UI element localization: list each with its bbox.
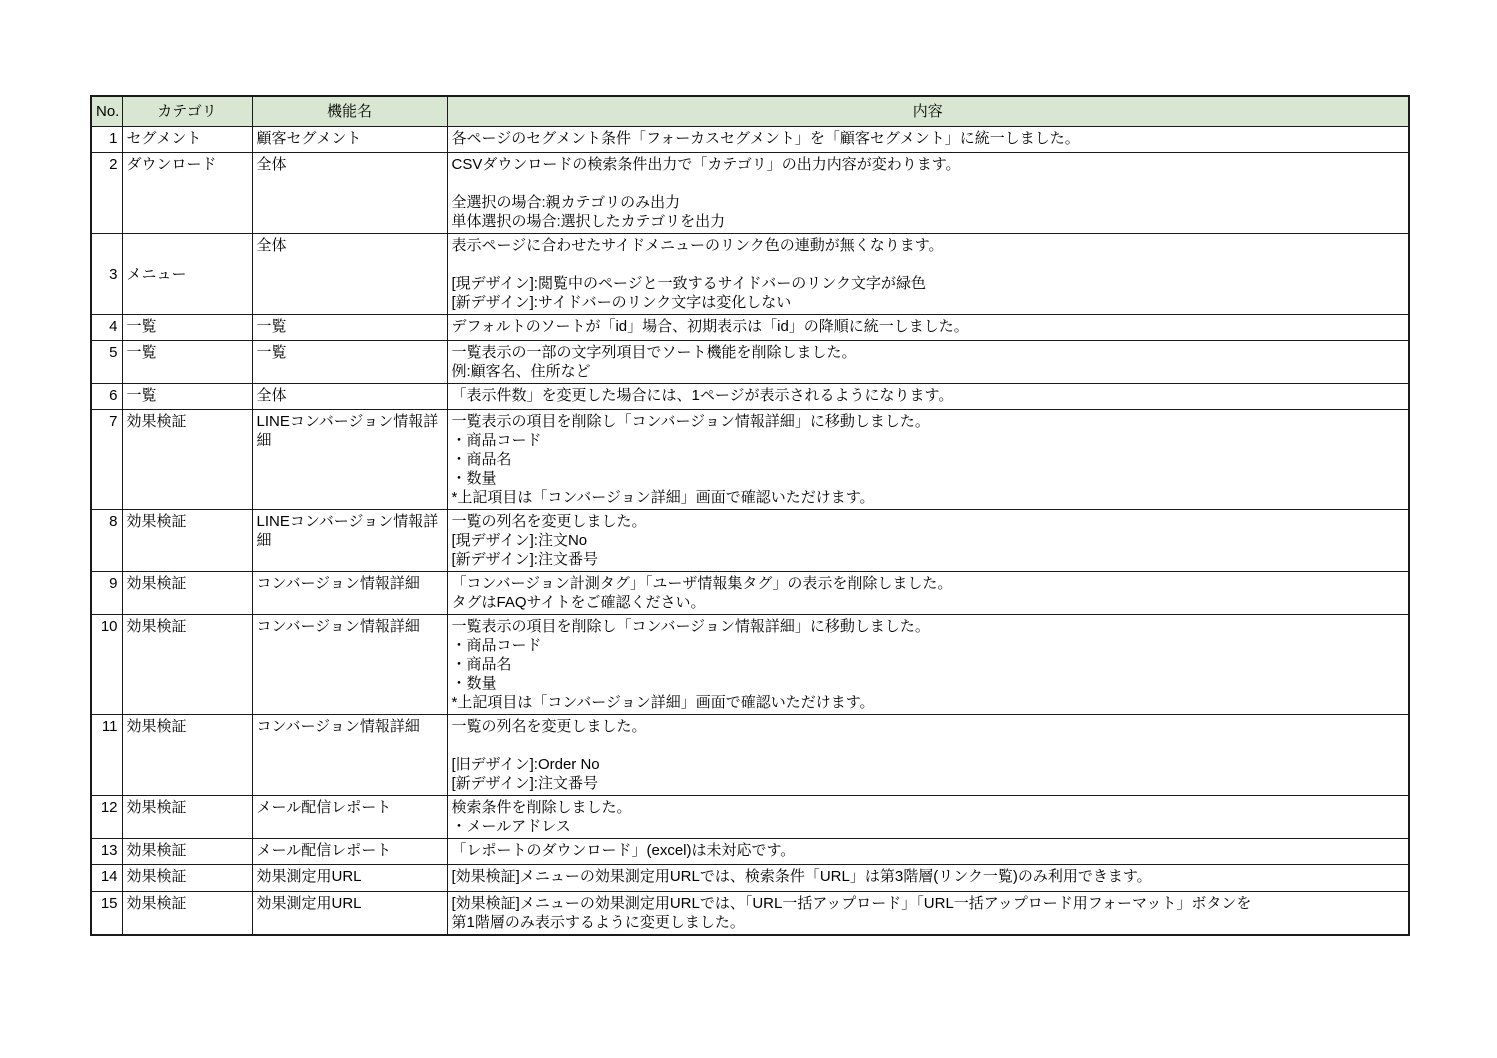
cell-category: 効果検証 <box>122 892 252 936</box>
table-row: 7効果検証LINEコンバージョン情報詳細一覧表示の項目を削除し「コンバージョン情… <box>91 410 1409 510</box>
table-row: 2ダウンロード全体CSVダウンロードの検索条件出力で「カテゴリ」の出力内容が変わ… <box>91 153 1409 234</box>
cell-no: 14 <box>91 865 122 892</box>
table-row: 4一覧一覧デフォルトのソートが「id」場合、初期表示は「id」の降順に統一しまし… <box>91 315 1409 341</box>
cell-feature: コンバージョン情報詳細 <box>252 715 447 796</box>
table-row: 14効果検証効果測定用URL[効果検証]メニューの効果測定用URLでは、検索条件… <box>91 865 1409 892</box>
cell-no: 6 <box>91 384 122 410</box>
cell-no: 2 <box>91 153 122 234</box>
cell-category: セグメント <box>122 127 252 153</box>
cell-category: 効果検証 <box>122 865 252 892</box>
cell-feature: コンバージョン情報詳細 <box>252 572 447 615</box>
cell-feature: 顧客セグメント <box>252 127 447 153</box>
cell-feature: 全体 <box>252 384 447 410</box>
cell-content: 「レポートのダウンロード」(excel)は未対応です。 <box>447 839 1409 865</box>
cell-no: 9 <box>91 572 122 615</box>
cell-feature: 一覧 <box>252 315 447 341</box>
cell-feature: 効果測定用URL <box>252 892 447 936</box>
table-header: No. カテゴリ 機能名 内容 <box>91 96 1409 127</box>
cell-category: 効果検証 <box>122 510 252 572</box>
cell-feature: 全体 <box>252 153 447 234</box>
cell-no: 4 <box>91 315 122 341</box>
cell-feature: コンバージョン情報詳細 <box>252 615 447 715</box>
changelog-table: No. カテゴリ 機能名 内容 1セグメント顧客セグメント各ページのセグメント条… <box>90 95 1410 936</box>
cell-feature: 効果測定用URL <box>252 865 447 892</box>
cell-content: CSVダウンロードの検索条件出力で「カテゴリ」の出力内容が変わります。 全選択の… <box>447 153 1409 234</box>
cell-no: 5 <box>91 341 122 384</box>
cell-no: 7 <box>91 410 122 510</box>
page: { "page": { "background_color": "#ffffff… <box>0 0 1497 1058</box>
header-cell-feature: 機能名 <box>252 96 447 127</box>
table-row: 5一覧一覧一覧表示の一部の文字列項目でソート機能を削除しました。 例:顧客名、住… <box>91 341 1409 384</box>
cell-content: 一覧表示の一部の文字列項目でソート機能を削除しました。 例:顧客名、住所など <box>447 341 1409 384</box>
table-row: 13効果検証メール配信レポート「レポートのダウンロード」(excel)は未対応で… <box>91 839 1409 865</box>
cell-no: 15 <box>91 892 122 936</box>
table-row: 8効果検証LINEコンバージョン情報詳細一覧の列名を変更しました。 [現デザイン… <box>91 510 1409 572</box>
table-row: 11効果検証コンバージョン情報詳細一覧の列名を変更しました。 [旧デザイン]:O… <box>91 715 1409 796</box>
cell-content: 一覧表示の項目を削除し「コンバージョン情報詳細」に移動しました。 ・商品コード … <box>447 410 1409 510</box>
cell-no: 10 <box>91 615 122 715</box>
table-row: 9効果検証コンバージョン情報詳細「コンバージョン計測タグ」「ユーザ情報集タグ」の… <box>91 572 1409 615</box>
table-row: 6一覧全体「表示件数」を変更した場合には、1ページが表示されるようになります。 <box>91 384 1409 410</box>
table-row: 1セグメント顧客セグメント各ページのセグメント条件「フォーカスセグメント」を「顧… <box>91 127 1409 153</box>
cell-feature: 一覧 <box>252 341 447 384</box>
header-cell-category: カテゴリ <box>122 96 252 127</box>
cell-category: 一覧 <box>122 384 252 410</box>
cell-content: [効果検証]メニューの効果測定用URLでは、「URL一括アップロード」「URL一… <box>447 892 1409 936</box>
table-row: 15効果検証効果測定用URL[効果検証]メニューの効果測定用URLでは、「URL… <box>91 892 1409 936</box>
cell-no: 12 <box>91 796 122 839</box>
cell-content: デフォルトのソートが「id」場合、初期表示は「id」の降順に統一しました。 <box>447 315 1409 341</box>
cell-category: メニュー <box>122 234 252 315</box>
cell-no: 8 <box>91 510 122 572</box>
cell-content: [効果検証]メニューの効果測定用URLでは、検索条件「URL」は第3階層(リンク… <box>447 865 1409 892</box>
header-cell-content: 内容 <box>447 96 1409 127</box>
cell-content: 一覧の列名を変更しました。 [旧デザイン]:Order No [新デザイン]:注… <box>447 715 1409 796</box>
cell-feature: LINEコンバージョン情報詳細 <box>252 510 447 572</box>
table-row: 3メニュー全体表示ページに合わせたサイドメニューのリンク色の連動が無くなります。… <box>91 234 1409 315</box>
cell-no: 1 <box>91 127 122 153</box>
cell-feature: メール配信レポート <box>252 796 447 839</box>
cell-category: 効果検証 <box>122 715 252 796</box>
cell-content: 「表示件数」を変更した場合には、1ページが表示されるようになります。 <box>447 384 1409 410</box>
cell-category: 一覧 <box>122 315 252 341</box>
cell-content: 各ページのセグメント条件「フォーカスセグメント」を「顧客セグメント」に統一しまし… <box>447 127 1409 153</box>
cell-no: 13 <box>91 839 122 865</box>
cell-content: 「コンバージョン計測タグ」「ユーザ情報集タグ」の表示を削除しました。 タグはFA… <box>447 572 1409 615</box>
cell-category: 効果検証 <box>122 410 252 510</box>
cell-feature: メール配信レポート <box>252 839 447 865</box>
cell-category: 効果検証 <box>122 615 252 715</box>
cell-content: 検索条件を削除しました。 ・メールアドレス <box>447 796 1409 839</box>
cell-feature: LINEコンバージョン情報詳細 <box>252 410 447 510</box>
cell-category: 効果検証 <box>122 572 252 615</box>
cell-no: 3 <box>91 234 122 315</box>
cell-category: 効果検証 <box>122 796 252 839</box>
cell-category: ダウンロード <box>122 153 252 234</box>
table-row: 12効果検証メール配信レポート検索条件を削除しました。 ・メールアドレス <box>91 796 1409 839</box>
cell-feature: 全体 <box>252 234 447 315</box>
table-row: 10効果検証コンバージョン情報詳細一覧表示の項目を削除し「コンバージョン情報詳細… <box>91 615 1409 715</box>
cell-category: 効果検証 <box>122 839 252 865</box>
document-sheet: No. カテゴリ 機能名 内容 1セグメント顧客セグメント各ページのセグメント条… <box>90 95 1410 936</box>
header-cell-no: No. <box>91 96 122 127</box>
cell-content: 一覧の列名を変更しました。 [現デザイン]:注文No [新デザイン]:注文番号 <box>447 510 1409 572</box>
cell-no: 11 <box>91 715 122 796</box>
table-body: 1セグメント顧客セグメント各ページのセグメント条件「フォーカスセグメント」を「顧… <box>91 127 1409 936</box>
header-row: No. カテゴリ 機能名 内容 <box>91 96 1409 127</box>
cell-category: 一覧 <box>122 341 252 384</box>
cell-content: 表示ページに合わせたサイドメニューのリンク色の連動が無くなります。 [現デザイン… <box>447 234 1409 315</box>
cell-content: 一覧表示の項目を削除し「コンバージョン情報詳細」に移動しました。 ・商品コード … <box>447 615 1409 715</box>
